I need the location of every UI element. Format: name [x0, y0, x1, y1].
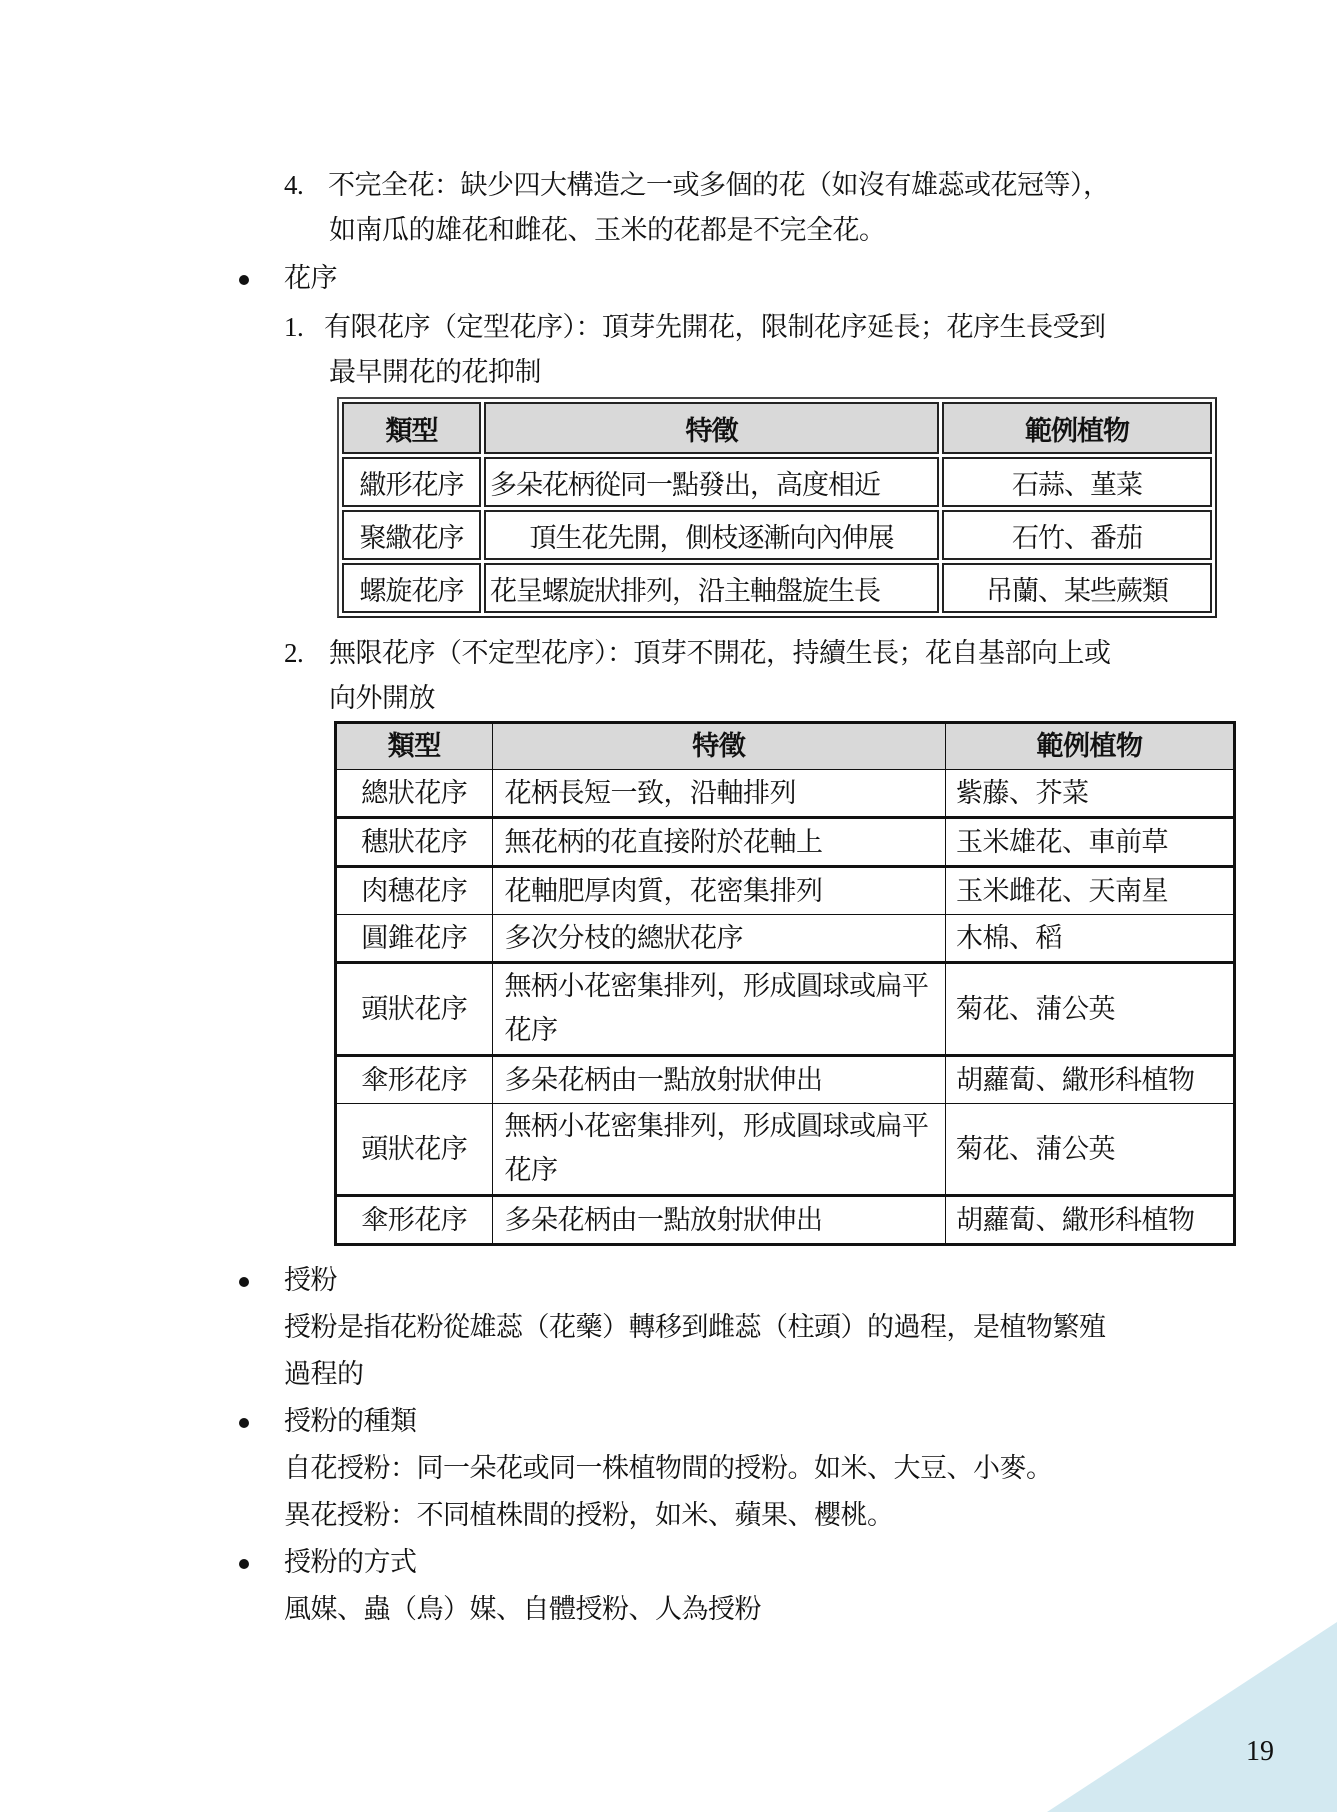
- inflorescence-heading: 花序: [284, 262, 337, 296]
- column-header-example: 範例植物: [946, 723, 1235, 770]
- table-header-row: 類型 特徵 範例植物: [336, 723, 1235, 770]
- table-row: 頭狀花序 無柄小花密集排列，形成圓球或扁平花序 菊花、蒲公英: [336, 963, 1235, 1056]
- column-header-feature: 特徵: [484, 402, 939, 454]
- page-number: 19: [1246, 1736, 1274, 1768]
- cell-example: 胡蘿蔔、繖形科植物: [946, 1196, 1235, 1245]
- cell-example: 玉米雄花、車前草: [946, 818, 1235, 867]
- cell-type: 螺旋花序: [342, 563, 481, 613]
- table-row: 穗狀花序 無花柄的花直接附於花軸上 玉米雄花、車前草: [336, 818, 1235, 867]
- document-page: 4.不完全花：缺少四大構造之一或多個的花（如沒有雄蕊或花冠等）， 如南瓜的雄花和…: [0, 0, 1339, 1812]
- table-row: 總狀花序 花柄長短一致，沿軸排列 紫藤、芥菜: [336, 770, 1235, 818]
- definite-inflorescence-line-2: 最早開花的花抑制: [329, 356, 541, 390]
- bullet-icon: [239, 1418, 249, 1428]
- table-row: 傘形花序 多朵花柄由一點放射狀伸出 胡蘿蔔、繖形科植物: [336, 1056, 1235, 1104]
- corner-decoration: [1047, 1622, 1337, 1812]
- table-row: 繖形花序 多朵花柄從同一點發出，高度相近 石蒜、堇菜: [342, 457, 1212, 507]
- cell-feature: 無柄小花密集排列，形成圓球或扁平花序: [492, 963, 946, 1056]
- indefinite-inflorescence-table: 類型 特徵 範例植物 總狀花序 花柄長短一致，沿軸排列 紫藤、芥菜 穗狀花序 無…: [334, 721, 1236, 1246]
- indefinite-inflorescence-line-1: 2.無限花序（不定型花序）：頂芽不開花，持續生長；花自基部向上或: [284, 636, 1111, 671]
- table-header-row: 類型 特徵 範例植物: [342, 402, 1212, 454]
- cell-feature: 無花柄的花直接附於花軸上: [492, 818, 946, 867]
- item-4-number: 4.: [284, 168, 328, 202]
- cell-example: 石竹、番茄: [942, 510, 1212, 560]
- column-header-feature: 特徵: [492, 723, 946, 770]
- cell-example: 吊蘭、某些蕨類: [942, 563, 1212, 613]
- item-4-line-1: 4.不完全花：缺少四大構造之一或多個的花（如沒有雄蕊或花冠等），: [284, 168, 1110, 203]
- cell-feature: 頂生花先開，側枝逐漸向內伸展: [484, 510, 939, 560]
- cell-type: 傘形花序: [336, 1196, 493, 1245]
- table-row: 圓錐花序 多次分枝的總狀花序 木棉、稻: [336, 915, 1235, 963]
- definite-inflorescence-table: 類型 特徵 範例植物 繖形花序 多朵花柄從同一點發出，高度相近 石蒜、堇菜 聚繖…: [337, 397, 1217, 618]
- pollination-methods-text: 風媒、蟲（鳥）媒、自體授粉、人為授粉: [284, 1593, 761, 1627]
- column-header-example: 範例植物: [942, 402, 1212, 454]
- pollination-heading: 授粉: [284, 1264, 337, 1298]
- cell-type: 肉穗花序: [336, 867, 493, 915]
- self-pollination-text: 自花授粉：同一朵花或同一株植物間的授粉。如米、大豆、小麥。: [284, 1452, 1053, 1486]
- cell-example: 菊花、蒲公英: [946, 1104, 1235, 1196]
- column-header-type: 類型: [342, 402, 481, 454]
- pollination-types-heading: 授粉的種類: [284, 1405, 417, 1439]
- bullet-icon: [239, 275, 249, 285]
- indefinite-inflorescence-line-2: 向外開放: [329, 682, 435, 716]
- cell-type: 繖形花序: [342, 457, 481, 507]
- item-4-line-2: 如南瓜的雄花和雌花、玉米的花都是不完全花。: [329, 214, 886, 248]
- cell-type: 總狀花序: [336, 770, 493, 818]
- cell-feature: 花軸肥厚肉質，花密集排列: [492, 867, 946, 915]
- cell-feature: 多朵花柄從同一點發出，高度相近: [484, 457, 939, 507]
- cell-example: 菊花、蒲公英: [946, 963, 1235, 1056]
- pollination-line-2: 過程的: [284, 1358, 364, 1392]
- definite-inflorescence-line-1: 1.有限花序（定型花序）：頂芽先開花，限制花序延長；花序生長受到: [284, 310, 1106, 345]
- cell-type: 聚繖花序: [342, 510, 481, 560]
- cell-feature: 多朵花柄由一點放射狀伸出: [492, 1196, 946, 1245]
- cell-type: 頭狀花序: [336, 1104, 493, 1196]
- cross-pollination-text: 異花授粉：不同植株間的授粉，如米、蘋果、櫻桃。: [284, 1499, 894, 1533]
- cell-type: 穗狀花序: [336, 818, 493, 867]
- cell-example: 石蒜、堇菜: [942, 457, 1212, 507]
- cell-type: 頭狀花序: [336, 963, 493, 1056]
- cell-feature: 花呈螺旋狀排列，沿主軸盤旋生長: [484, 563, 939, 613]
- pollination-line-1: 授粉是指花粉從雄蕊（花藥）轉移到雌蕊（柱頭）的過程，是植物繁殖: [284, 1311, 1106, 1345]
- pollination-methods-heading: 授粉的方式: [284, 1546, 417, 1580]
- column-header-type: 類型: [336, 723, 493, 770]
- cell-feature: 花柄長短一致，沿軸排列: [492, 770, 946, 818]
- cell-feature: 多次分枝的總狀花序: [492, 915, 946, 963]
- table-row: 螺旋花序 花呈螺旋狀排列，沿主軸盤旋生長 吊蘭、某些蕨類: [342, 563, 1212, 613]
- table-row: 頭狀花序 無柄小花密集排列，形成圓球或扁平花序 菊花、蒲公英: [336, 1104, 1235, 1196]
- table-row: 肉穗花序 花軸肥厚肉質，花密集排列 玉米雌花、天南星: [336, 867, 1235, 915]
- cell-feature: 無柄小花密集排列，形成圓球或扁平花序: [492, 1104, 946, 1196]
- cell-example: 紫藤、芥菜: [946, 770, 1235, 818]
- bullet-icon: [239, 1277, 249, 1287]
- cell-example: 木棉、稻: [946, 915, 1235, 963]
- table-row: 傘形花序 多朵花柄由一點放射狀伸出 胡蘿蔔、繖形科植物: [336, 1196, 1235, 1245]
- cell-feature: 多朵花柄由一點放射狀伸出: [492, 1056, 946, 1104]
- bullet-icon: [239, 1559, 249, 1569]
- table-row: 聚繖花序 頂生花先開，側枝逐漸向內伸展 石竹、番茄: [342, 510, 1212, 560]
- cell-example: 玉米雌花、天南星: [946, 867, 1235, 915]
- cell-type: 傘形花序: [336, 1056, 493, 1104]
- cell-example: 胡蘿蔔、繖形科植物: [946, 1056, 1235, 1104]
- cell-type: 圓錐花序: [336, 915, 493, 963]
